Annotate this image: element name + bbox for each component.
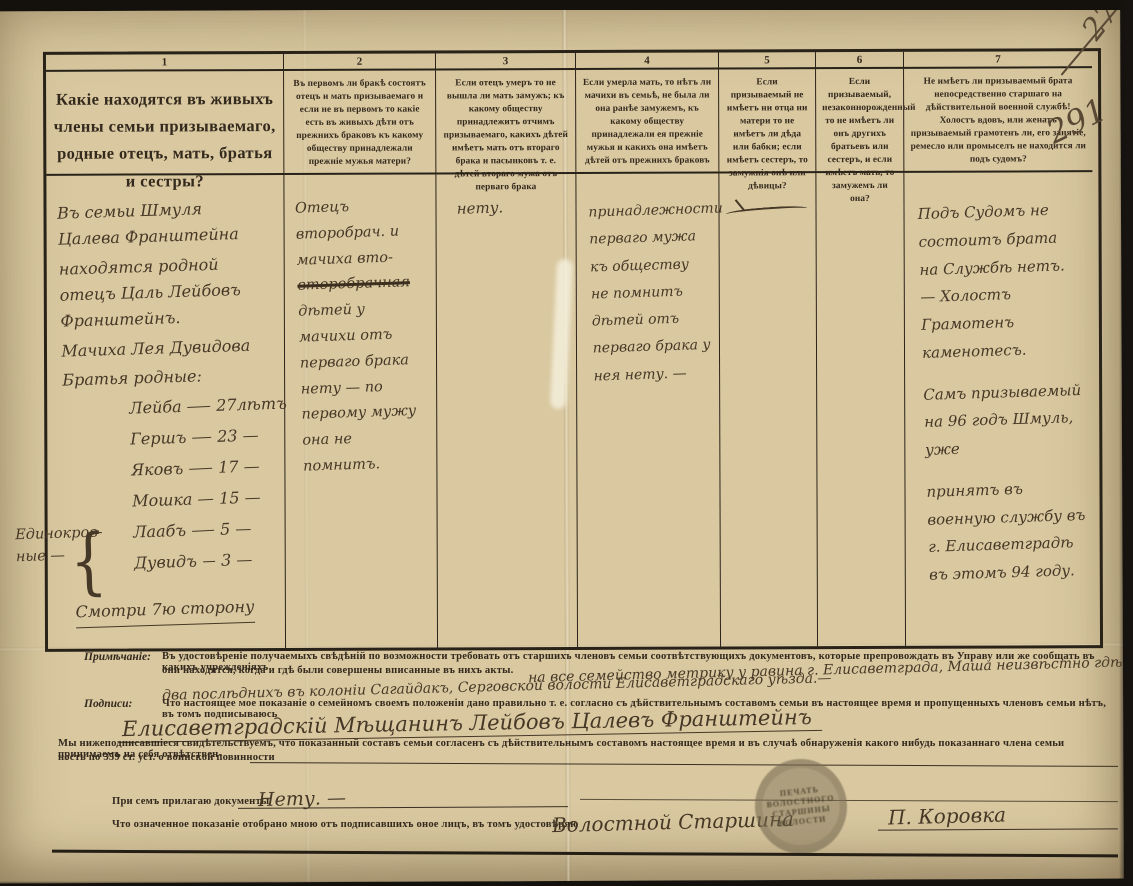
half-blood-label: Единокров- ные —	[15, 524, 74, 569]
dash-stroke	[198, 499, 213, 501]
brother-name: Мошка	[120, 487, 193, 515]
brother-name: Яковъ	[119, 456, 184, 484]
brother-row: Мошка 15 —	[120, 484, 278, 520]
brother-row: Яковъ 17 —	[119, 453, 277, 489]
column-header-2: Въ первомъ ли бракѣ состоятъ отецъ и мат…	[284, 70, 436, 175]
family-intro-line: Въ семьи Шмуля Цалева Франштейна	[57, 194, 270, 252]
brother-name: Лейба	[117, 394, 182, 422]
scan-edge-bottom	[0, 881, 1133, 886]
column-number-5: 5	[719, 52, 816, 69]
brother-row: Лаабъ 5 —	[121, 515, 279, 551]
brother-row: Гершъ 23 —	[118, 422, 276, 458]
dash-stroke	[188, 406, 211, 408]
witness-printed-line-2: ность по 359 ст. уст. о воинской повинно…	[58, 752, 275, 763]
documents-label: При семъ прилагаю документы	[112, 796, 269, 807]
accepted-line: принятъ въ военную службу въ г. Елисавет…	[926, 474, 1089, 590]
brother-age: 5 —	[220, 515, 279, 543]
column-header-4: Если умерла мать, то нѣтъ ли мачихи въ с…	[576, 69, 719, 173]
elder-name-signature: П. Коровка	[888, 802, 1007, 829]
col5-dash-mark	[725, 204, 808, 220]
dash-stroke	[203, 561, 215, 563]
entry-illegitimate	[816, 173, 906, 646]
dash-stroke	[192, 530, 214, 532]
column-header-3: Если отецъ умеръ то не вышла ли мать зам…	[436, 70, 576, 174]
family-record-table: 1 2 3 4 5 6 7 Какіе находятся въ живыхъ …	[43, 48, 1103, 652]
entry-service-status: Подъ Судомъ не состоитъ брата на Службѣ …	[904, 172, 1094, 646]
entry-mother-dead: принадлежности перваго мужа къ обществу …	[576, 173, 721, 646]
note-label: Примѣчаніе:	[84, 651, 151, 663]
pen-tick	[735, 199, 745, 211]
column-number-6: 6	[816, 52, 904, 69]
column-number-2: 2	[284, 53, 436, 71]
brother-name: Гершъ	[118, 425, 187, 453]
entry-orphan	[719, 173, 818, 646]
father-line: находятся родной отецъ Цаль Лейбовъ Фран…	[58, 250, 271, 334]
brace-glyph: {	[68, 503, 109, 622]
marriage-line-1: Отецъ второбрач. и мачиха вто-	[295, 193, 424, 274]
brother-age: 17 —	[218, 453, 277, 481]
column-header-1: Какіе находятся въ живыхъ члены семьи пр…	[46, 71, 284, 176]
column-number-4: 4	[576, 52, 719, 69]
brother-name: Лаабъ	[121, 518, 187, 546]
dash-stroke	[189, 468, 212, 470]
brother-row: Лейба 27лѣтъ	[117, 391, 275, 427]
note-printed-line-2: они находятся, когда и гдѣ были совершен…	[162, 665, 532, 676]
column-number-7: 7	[904, 51, 1092, 69]
conscript-line: Самъ призываемый на 96 годъ Шмуль, уже	[923, 376, 1086, 464]
attestation-printed-text: Что означенное показаніе отобрано мною о…	[112, 819, 579, 830]
crossed-out-word: второбрачная	[297, 270, 425, 300]
brother-age: 15 —	[219, 484, 278, 512]
entry-first-marriage: Отецъ второбрач. и мачиха вто- второбрач…	[284, 174, 438, 648]
court-status-line: Подъ Судомъ не состоитъ брата на Службѣ …	[917, 196, 1082, 367]
marriage-line-2: дѣтей у мачихи отъ перваго брака нету — …	[298, 296, 431, 480]
brothers-list: Единокров- ные — { Лейба 27лѣтъ Гершъ 23…	[63, 391, 280, 584]
netu-answer: нету.	[442, 182, 570, 218]
scan-edge-top	[0, 0, 1133, 10]
brother-age: 27лѣтъ	[216, 391, 275, 419]
column-header-6: Если призываемый, незаконнорожденный то …	[816, 69, 904, 173]
brother-row: Дувидъ 3 —	[122, 546, 280, 582]
column-number-1: 1	[46, 54, 284, 72]
stepmother-answer: принадлежности перваго мужа къ обществу …	[580, 182, 716, 391]
entry-family-members: Въ семьи Шмуля Цалева Франштейна находят…	[46, 175, 286, 649]
brothers-heading: Братья родные:	[62, 361, 274, 394]
signatures-label: Подписи:	[84, 698, 132, 710]
brother-name: Дувидъ	[122, 549, 197, 577]
brother-age: 3 —	[221, 546, 280, 574]
scanned-document-page: 1 2 3 4 5 6 7 Какіе находятся въ живыхъ …	[0, 0, 1133, 886]
stepmother-line: Мачиха Лея Дувидова	[61, 332, 273, 365]
brother-age: 23 —	[217, 422, 276, 450]
dash-stroke	[192, 437, 211, 439]
scan-edge-right	[1119, 0, 1133, 886]
column-header-5: Если призываемый не имѣетъ ни отца ни ма…	[719, 69, 816, 173]
entry-father-dead: нету.	[436, 174, 578, 647]
column-number-3: 3	[436, 53, 576, 70]
